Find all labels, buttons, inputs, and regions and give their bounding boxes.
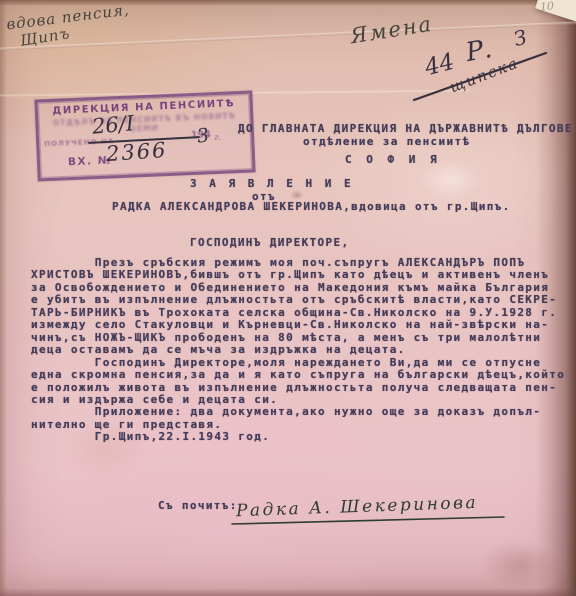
- document-scan: вдова пенсия, Щипъ Ямена 44 Р. З щипска …: [0, 0, 576, 596]
- handwritten-number-44: 44: [422, 49, 457, 81]
- handwritten-entry-number: 2366: [105, 138, 168, 166]
- addressee-city: С О Ф И Я: [345, 154, 441, 166]
- addressee-line2: отдѣление за пенсиитѣ: [303, 136, 470, 148]
- applicant-line: РАДКА АЛЕКСАНДРОВА ШЕКЕРИНОВА,вдовица от…: [112, 201, 511, 213]
- addressee-line1: ДО ГЛАВНАТА ДИРЕКЦИЯ НА ДЪРЖАВНИТѢ ДЪЛГО…: [238, 123, 573, 135]
- document-title: З А Я В Л Е Н И Е: [190, 178, 354, 190]
- handwritten-signature: Радка А. Шекеринова: [236, 493, 479, 521]
- handwritten-corner-mark: 10: [539, 0, 554, 14]
- handwritten-letter-z: З: [511, 25, 529, 51]
- handwritten-note-topright-word: Ямена: [349, 12, 435, 49]
- stamp-year-suffix: г.: [214, 133, 221, 143]
- paper-stain: [290, 190, 304, 200]
- registry-stamp: ДИРЕКЦИЯ НА ПЕНСИИТѢ ОТДѢЛЪ ЗА ПЕНСИИТѢ …: [34, 90, 255, 181]
- body-text: Презъ сръбския режимъ моя поч.съпругъ АЛ…: [31, 257, 566, 444]
- handwritten-received-date: 26/I: [91, 111, 135, 139]
- salutation: ГОСПОДИНЪ ДИРЕКТОРЕ,: [190, 237, 349, 249]
- paper-bottom-edge: [0, 588, 576, 596]
- paper-left-edge: [0, 0, 7, 596]
- closing-label: Съ почитъ:: [158, 500, 238, 512]
